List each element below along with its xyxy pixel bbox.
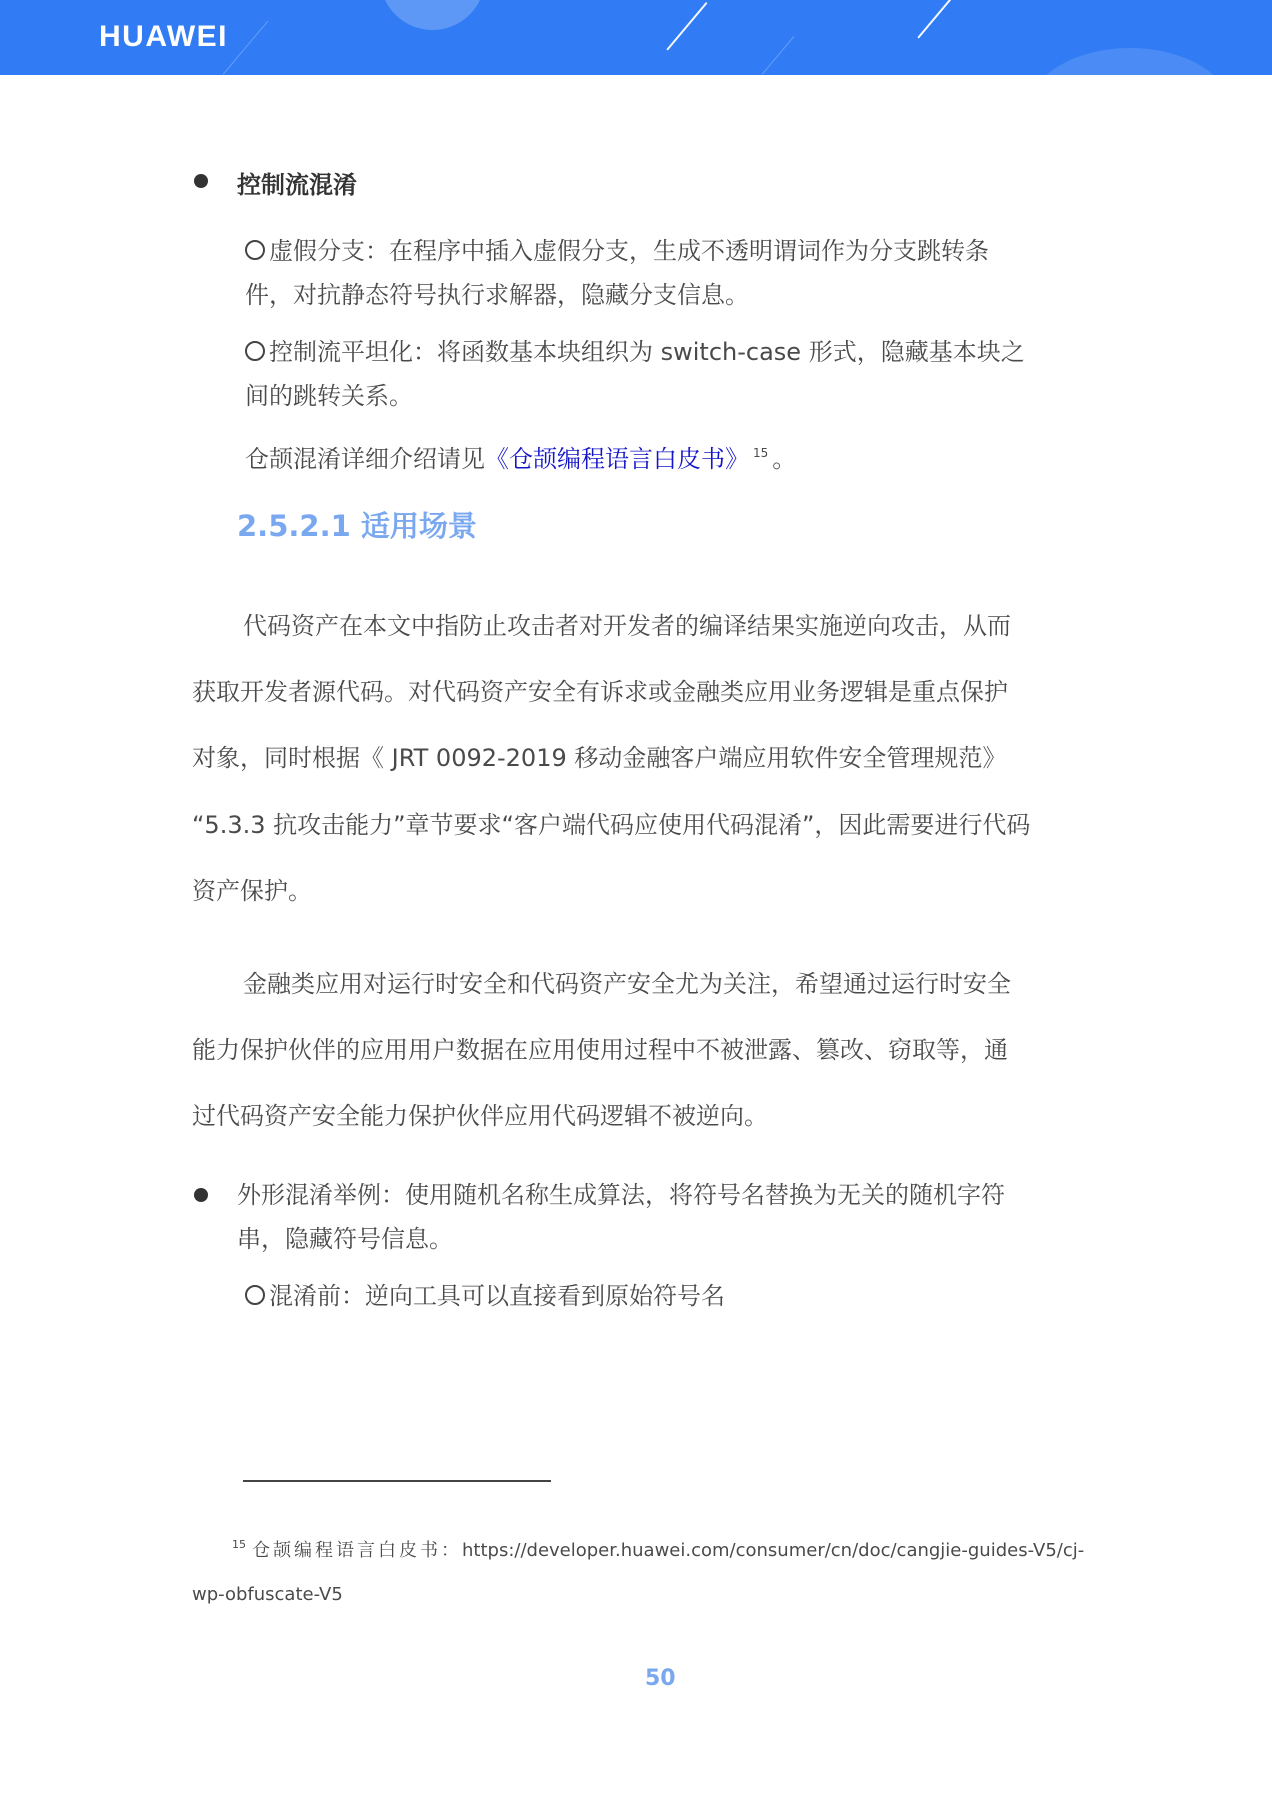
paragraph-line: 对象，同时根据《 JRT 0092-2019 移动金融客户端应用软件安全管理规范… xyxy=(192,743,1006,773)
footnote-divider xyxy=(243,1480,551,1482)
paragraph-line: 获取开发者源代码。对代码资产安全有诉求或金融类应用业务逻辑是重点保护 xyxy=(192,677,1008,707)
decorative-line xyxy=(917,0,953,39)
sub-item-text: 控制流平坦化：将函数基本块组织为 switch-case 形式，隐藏基本块之 xyxy=(269,338,1025,366)
footnote-url[interactable]: https://developer.huawei.com/consumer/cn… xyxy=(462,1540,1084,1561)
footnote-line: 15仓颉编程语言白皮书：https://developer.huawei.com… xyxy=(232,1533,1084,1563)
bullet-title: 控制流混淆 xyxy=(237,165,357,200)
sub-item-line: 间的跳转关系。 xyxy=(245,381,413,411)
page-number: 50 xyxy=(645,1666,676,1691)
paragraph-line: 代码资产在本文中指防止攻击者对开发者的编译结果实施逆向攻击，从而 xyxy=(243,611,1011,641)
bullet-line: 外形混淆举例：使用随机名称生成算法，将符号名替换为无关的随机字符 xyxy=(237,1180,1005,1210)
section-heading: 2.5.2.1 适用场景 xyxy=(237,509,477,543)
decorative-line xyxy=(762,36,795,75)
bullet-icon xyxy=(194,1188,208,1202)
footnote-label: 仓颉编程语言白皮书： xyxy=(252,1540,462,1561)
hollow-circle-icon xyxy=(245,341,265,361)
decorative-line xyxy=(223,21,269,75)
hollow-circle-icon xyxy=(245,1285,265,1305)
footnote-url-continued[interactable]: wp-obfuscate-V5 xyxy=(192,1583,343,1607)
section-title: 适用场景 xyxy=(361,509,477,543)
sub-item-line: 控制流平坦化：将函数基本块组织为 switch-case 形式，隐藏基本块之 xyxy=(245,337,1025,367)
paragraph-line: 能力保护伙伴的应用用户数据在应用使用过程中不被泄露、篡改、窃取等，通 xyxy=(192,1035,1008,1065)
decorative-bubble xyxy=(1030,48,1230,75)
decorative-glow xyxy=(0,0,80,75)
decorative-bubble xyxy=(380,0,485,30)
hollow-circle-icon xyxy=(245,240,265,260)
reference-suffix: 。 xyxy=(772,445,796,473)
whitepaper-link[interactable]: 《仓颉编程语言白皮书》 xyxy=(485,445,749,473)
decorative-line xyxy=(666,2,707,51)
header-banner: HUAWEI xyxy=(0,0,1272,75)
sub-item-line: 虚假分支：在程序中插入虚假分支，生成不透明谓词作为分支跳转条 xyxy=(245,236,989,266)
section-number: 2.5.2.1 xyxy=(237,509,351,543)
paragraph-line: 过代码资产安全能力保护伙伴应用代码逻辑不被逆向。 xyxy=(192,1101,768,1131)
footnote-marker[interactable]: 15 xyxy=(753,446,768,460)
sub-item-text: 混淆前：逆向工具可以直接看到原始符号名 xyxy=(269,1282,725,1310)
sub-item-text: 虚假分支：在程序中插入虚假分支，生成不透明谓词作为分支跳转条 xyxy=(269,237,989,265)
footnote-number: 15 xyxy=(232,1538,246,1551)
sub-item-line: 件，对抗静态符号执行求解器，隐藏分支信息。 xyxy=(245,280,749,310)
huawei-logo: HUAWEI xyxy=(99,20,228,54)
paragraph-line: 资产保护。 xyxy=(192,876,312,906)
paragraph-line: “5.3.3 抗攻击能力”章节要求“客户端代码应使用代码混淆”，因此需要进行代码 xyxy=(192,810,1030,840)
paragraph-line: 金融类应用对运行时安全和代码资产安全尤为关注，希望通过运行时安全 xyxy=(243,969,1011,999)
sub-item-line: 混淆前：逆向工具可以直接看到原始符号名 xyxy=(245,1281,725,1311)
bullet-line: 串，隐藏符号信息。 xyxy=(237,1224,453,1254)
reference-line: 仓颉混淆详细介绍请见《仓颉编程语言白皮书》15。 xyxy=(245,438,796,474)
bullet-icon xyxy=(194,174,208,188)
reference-prefix: 仓颉混淆详细介绍请见 xyxy=(245,445,485,473)
